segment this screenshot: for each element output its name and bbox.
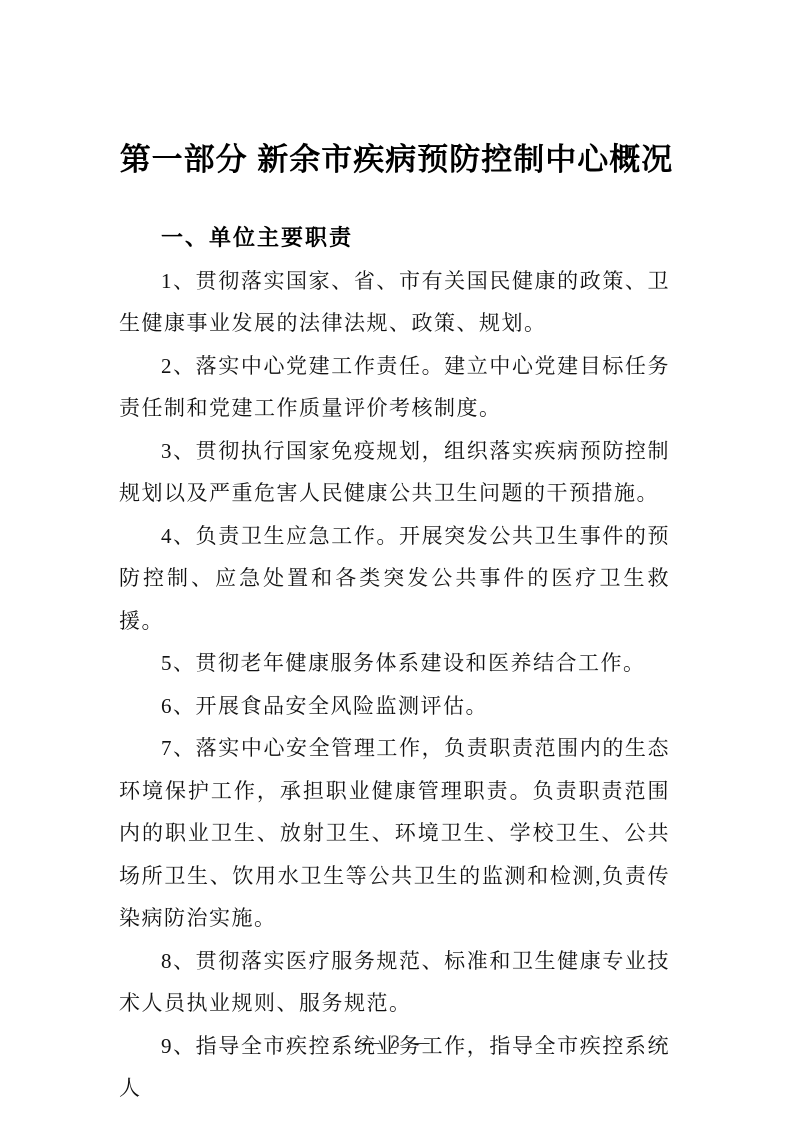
section-heading: 一、单位主要职责 [119, 217, 670, 260]
paragraph-2: 2、落实中心党建工作责任。建立中心党建目标任务责任制和党建工作质量评价考核制度。 [119, 345, 670, 430]
paragraph-4: 4、负责卫生应急工作。开展突发公共卫生事件的预防控制、应急处置和各类突发公共事件… [119, 515, 670, 643]
page-title: 第一部分 新余市疾病预防控制中心概况 [0, 134, 793, 179]
document-body: 一、单位主要职责 1、贯彻落实国家、省、市有关国民健康的政策、卫生健康事业发展的… [119, 217, 670, 1110]
page-number: — 3 — [361, 1032, 433, 1053]
paragraph-6: 6、开展食品安全风险监测评估。 [119, 685, 670, 728]
paragraph-3: 3、贯彻执行国家免疫规划，组织落实疾病预防控制规划以及严重危害人民健康公共卫生问… [119, 430, 670, 515]
paragraph-8: 8、贯彻落实医疗服务规范、标准和卫生健康专业技术人员执业规则、服务规范。 [119, 940, 670, 1025]
paragraph-7: 7、落实中心安全管理工作，负责职责范围内的生态环境保护工作，承担职业健康管理职责… [119, 727, 670, 940]
paragraph-5: 5、贯彻老年健康服务体系建设和医养结合工作。 [119, 642, 670, 685]
document-page: 第一部分 新余市疾病预防控制中心概况 一、单位主要职责 1、贯彻落实国家、省、市… [0, 0, 793, 1122]
paragraph-1: 1、贯彻落实国家、省、市有关国民健康的政策、卫生健康事业发展的法律法规、政策、规… [119, 260, 670, 345]
page-footer: — 3 — [0, 1032, 793, 1054]
